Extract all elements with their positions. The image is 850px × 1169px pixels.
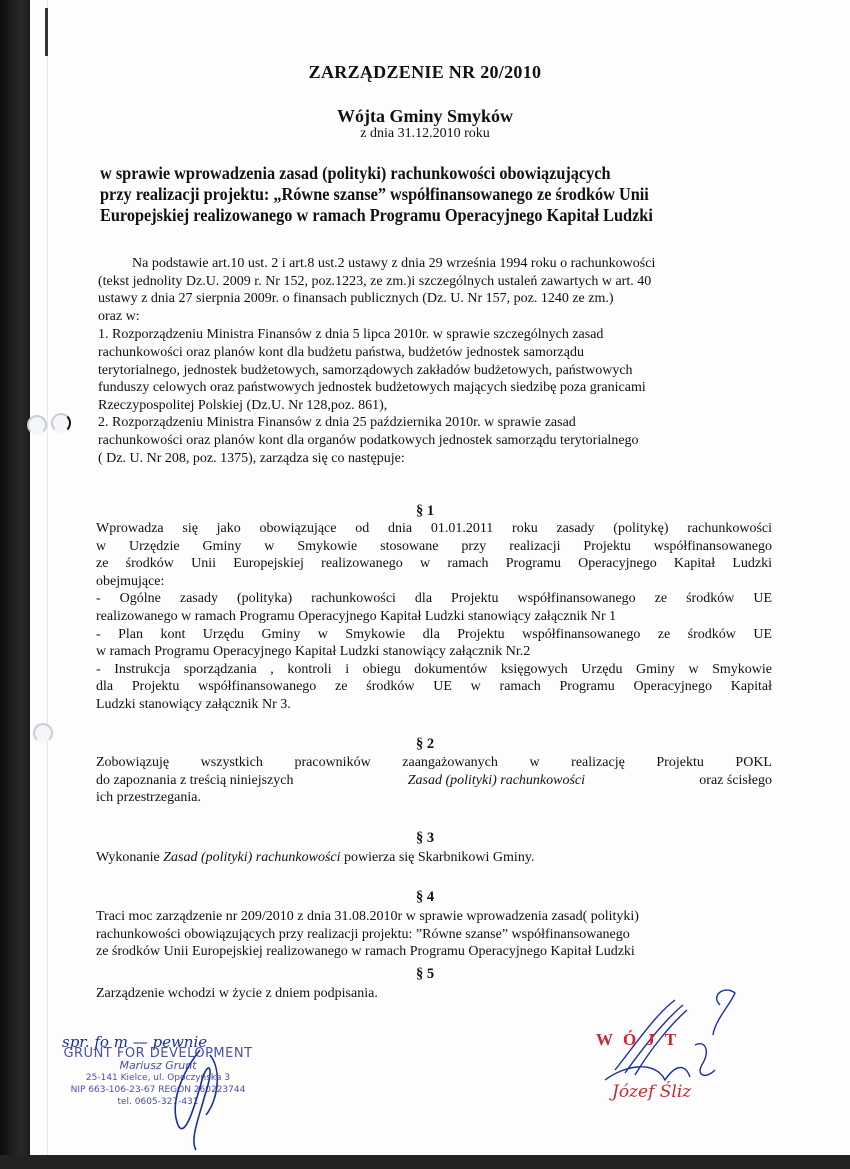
punch-hole-icon xyxy=(51,413,71,433)
section-4: Traci moc zarządzenie nr 209/2010 z dnia… xyxy=(96,908,786,961)
section-1: Wprowadza się jako obowiązujące od dnia … xyxy=(96,520,772,714)
section-4-line: ze środków Unii Europejskiej realizowane… xyxy=(96,943,786,961)
italic-text: Zasad (polityki) rachunkowości xyxy=(408,772,585,790)
preamble-line: terytorialnego, jednostek budżetowych, s… xyxy=(98,362,798,380)
subject-line: w sprawie wprowadzenia zasad (polityki) … xyxy=(100,163,788,184)
section-5: Zarządzenie wchodzi w życie z dniem podp… xyxy=(96,985,596,1003)
section-1-line: realizowanego w ramach Programu Operacyj… xyxy=(96,608,772,626)
preamble-line: funduszy celowych oraz państwowych jedno… xyxy=(98,379,798,397)
section-sign-5: § 5 xyxy=(0,966,850,983)
preamble-line: rachunkowości oraz planów kont dla budże… xyxy=(98,344,798,362)
scan-bottom-edge xyxy=(0,1155,850,1169)
text: Wykonanie xyxy=(96,850,163,865)
stamp-name: Józef Śliz xyxy=(612,1082,691,1102)
stamp-title: WÓJT xyxy=(596,1030,686,1050)
issuer: Wójta Gminy Smyków xyxy=(0,106,850,127)
preamble-line: Rzeczypospolitej Polskiej (Dz.U. Nr 128,… xyxy=(98,397,798,415)
text: oraz ścisłego xyxy=(699,772,772,790)
section-1-line: Ludzki stanowiący załącznik Nr 3. xyxy=(96,696,772,714)
section-1-line: dla Projektu współfinansowanego ze środk… xyxy=(96,678,772,696)
section-1-line: Wprowadza się jako obowiązujące od dnia … xyxy=(96,520,772,538)
section-4-line: Traci moc zarządzenie nr 209/2010 z dnia… xyxy=(96,908,786,926)
text: powierza się Skarbnikowi Gminy. xyxy=(341,850,535,865)
preamble-line: (tekst jednolity Dz.U. 2009 r. Nr 152, p… xyxy=(98,273,798,291)
document-title: ZARZĄDZENIE NR 20/2010 xyxy=(0,62,850,83)
section-2-line: Zobowiązuję wszystkich pracowników zaang… xyxy=(96,754,772,772)
preamble-line: ustawy z dnia 27 sierpnia 2009r. o finan… xyxy=(98,290,798,308)
preamble-line: 2. Rozporządzeniu Ministra Finansów z dn… xyxy=(98,414,798,432)
preamble-line: rachunkowości oraz planów kont dla organ… xyxy=(98,432,798,450)
section-1-line: w ramach Programu Operacyjnego Kapitał L… xyxy=(96,643,772,661)
scan-left-edge xyxy=(0,0,30,1169)
document-date: z dnia 31.12.2010 roku xyxy=(0,126,850,142)
section-sign-1: § 1 xyxy=(0,503,850,520)
section-4-line: rachunkowości obowiązujących przy realiz… xyxy=(96,926,786,944)
section-2-line: do zapoznania z treścią niniejszych Zasa… xyxy=(96,772,772,790)
subject-line: Europejskiej realizowanego w ramach Prog… xyxy=(100,205,788,226)
section-sign-4: § 4 xyxy=(0,889,850,906)
section-1-line: w Urzędzie Gminy w Smykowie stosowane pr… xyxy=(96,538,772,556)
preamble-line: Na podstawie art.10 ust. 2 i art.8 ust.2… xyxy=(98,255,798,273)
subject-heading: w sprawie wprowadzenia zasad (polityki) … xyxy=(100,163,788,226)
text: do zapoznania z treścią niniejszych xyxy=(96,772,293,790)
section-1-line: obejmujące: xyxy=(96,573,772,591)
section-1-line: - Plan kont Urzędu Gminy w Smykowie dla … xyxy=(96,626,772,644)
punch-hole-icon xyxy=(27,415,47,435)
signature-icon xyxy=(160,1045,230,1155)
section-1-line: ze środków Unii Europejskiej realizowane… xyxy=(96,555,772,573)
preamble: Na podstawie art.10 ust. 2 i art.8 ust.2… xyxy=(98,255,798,467)
preamble-line: oraz w: xyxy=(98,308,798,326)
subject-line: przy realizacji projektu: „Równe szanse”… xyxy=(100,184,788,205)
section-sign-3: § 3 xyxy=(0,830,850,847)
preamble-line: ( Dz. U. Nr 208, poz. 1375), zarządza si… xyxy=(98,450,798,468)
section-1-line: - Instrukcja sporządzania , kontroli i o… xyxy=(96,661,772,679)
section-1-line: - Ogólne zasady (polityka) rachunkowości… xyxy=(96,590,772,608)
section-sign-2: § 2 xyxy=(0,736,850,753)
italic-text: Zasad (polityki) rachunkowości xyxy=(163,850,340,865)
binder-mark xyxy=(45,8,48,56)
section-3: Wykonanie Zasad (polityki) rachunkowości… xyxy=(96,849,772,867)
section-2-line: ich przestrzegania. xyxy=(96,789,772,807)
section-2: Zobowiązuję wszystkich pracowników zaang… xyxy=(96,754,772,807)
preamble-line: 1. Rozporządzeniu Ministra Finansów z dn… xyxy=(98,326,798,344)
